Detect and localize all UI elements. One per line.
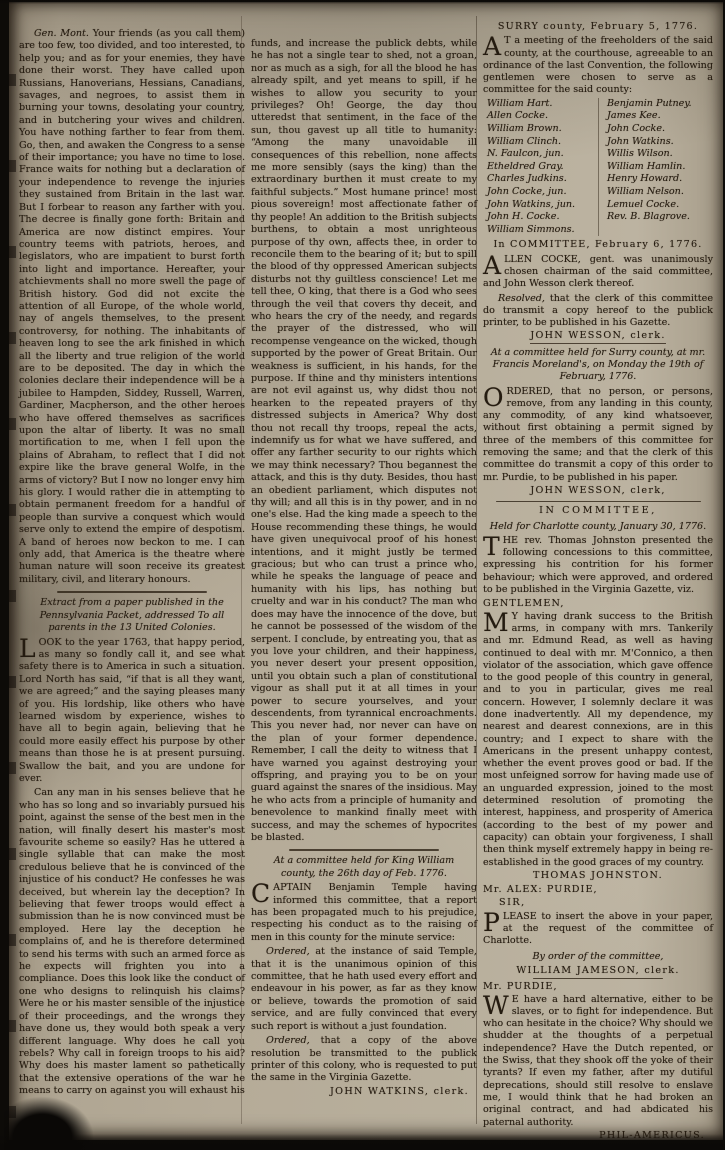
newspaper-page: Gen. Mont. Your friends (as you call the…: [9, 2, 723, 1140]
list-item: N. Faulcon, jun.: [487, 148, 598, 161]
name-list-left: William Hart. Allen Cocke. William Brown…: [483, 98, 598, 237]
drop-cap: O: [483, 386, 507, 408]
drop-cap: L: [19, 637, 39, 659]
newspaper-photo: Gen. Mont. Your friends (as you call the…: [0, 0, 725, 1150]
signature-wesson-1: JOHN WESSON, clerk.: [483, 330, 713, 343]
speaker-label: Gen. Mont.: [34, 28, 89, 39]
section-rule: [533, 978, 663, 979]
purdie-address-2: Mr. PURDIE,: [483, 981, 713, 993]
list-item: Willis Wilson.: [607, 148, 713, 161]
drop-cap: T: [483, 535, 503, 557]
list-item: Etheldred Gray.: [487, 161, 598, 174]
drop-cap: M: [483, 611, 512, 633]
paragraph-ordered-2: Ordered, that a copy of the above resolu…: [251, 1035, 477, 1085]
list-item: Allen Cocke.: [487, 110, 598, 123]
by-order-line: By order of the committee,: [483, 951, 713, 963]
photo-edge-top: [0, 0, 725, 4]
paragraph-allen-cocke: ALLEN COCKE, gent. was unanimously chose…: [483, 254, 713, 291]
list-item: William Clinch.: [487, 136, 598, 149]
signature-jameson: WILLIAM JAMESON, clerk.: [483, 965, 713, 977]
surry-heading: SURRY county, February 5, 1776.: [483, 21, 713, 33]
in-committee-charlotte-heading: IN COMMITTEE,: [483, 505, 713, 517]
gentlemen-salutation: GENTLEMEN,: [483, 598, 713, 610]
committee-name-list: William Hart. Allen Cocke. William Brown…: [483, 98, 713, 237]
paragraph-please-insert: PLEASE to insert the above in your paper…: [483, 911, 713, 948]
paragraph-can-any-man: Can any man in his senses believe that h…: [19, 787, 245, 1097]
surry-committee-heading: At a committee held for Surry county, at…: [489, 347, 707, 384]
paragraph-ordered-1: Ordered, at the instance of said Temple,…: [251, 946, 477, 1033]
drop-cap: P: [483, 911, 503, 933]
list-item: Rev. B. Blagrove.: [607, 211, 713, 224]
list-item: William Hart.: [487, 98, 598, 111]
in-committee-feb6-heading: In COMMITTEE, February 6, 1776.: [483, 239, 713, 251]
column-1: Gen. Mont. Your friends (as you call the…: [19, 28, 245, 1098]
list-item: John Cocke, jun.: [487, 186, 598, 199]
paragraph-we-have: WE have a hard alternative, either to be…: [483, 994, 713, 1129]
paragraph-ordered-surry: ORDERED, that no person, or persons, rem…: [483, 386, 713, 484]
drop-cap: W: [483, 994, 512, 1016]
photo-edge-marks: [9, 0, 16, 1150]
extract-heading: Extract from a paper published in the Pe…: [25, 597, 239, 634]
section-rule: [57, 591, 207, 593]
sir-salutation: SIR,: [483, 897, 713, 909]
list-item: William Brown.: [487, 123, 598, 136]
drop-cap: A: [483, 254, 504, 276]
list-item: Lemuel Cocke.: [607, 199, 713, 212]
charlotte-subheading: Held for Charlotte county, January 30, 1…: [489, 521, 707, 533]
column-2: funds, and increase the publick debts, w…: [251, 38, 477, 1099]
list-item: Charles Judkins.: [487, 173, 598, 186]
list-item: John H. Cocke.: [487, 211, 598, 224]
list-item: Benjamin Putney.: [607, 98, 713, 111]
list-item: Henry Howard.: [607, 173, 713, 186]
list-item: John Watkins.: [607, 136, 713, 149]
paragraph-at-meeting: AT a meeting of the freeholders of the s…: [483, 35, 713, 96]
list-item: John Watkins, jun.: [487, 199, 598, 212]
paragraph-look: LOOK to the year 1763, that happy period…: [19, 637, 245, 786]
section-rule: [496, 501, 701, 502]
paragraph-captain: CAPTAIN Benjamin Temple having informed …: [251, 882, 477, 944]
name-list-right: Benjamin Putney. James Kee. John Cocke. …: [598, 98, 713, 237]
purdie-address: Mr. ALEX: PURDIE,: [483, 884, 713, 896]
list-item: William Nelson.: [607, 186, 713, 199]
paragraph-my-having: MY having drank success to the British a…: [483, 611, 713, 869]
paragraph-gen-mont: Gen. Mont. Your friends (as you call the…: [19, 28, 245, 586]
list-item: John Cocke.: [607, 123, 713, 136]
list-item: William Simmons.: [487, 224, 598, 237]
signature-johnston: THOMAS JOHNSTON.: [483, 870, 713, 882]
king-william-heading: At a committee held for King William cou…: [257, 855, 471, 880]
corner-shadow: [4, 1072, 124, 1150]
paragraph-the-rev: THE rev. Thomas Johnston presented the f…: [483, 535, 713, 596]
column-3: SURRY county, February 5, 1776. AT a mee…: [483, 18, 713, 1140]
section-rule: [289, 849, 439, 851]
paragraph-resolved: Resolved, that the clerk of this committ…: [483, 293, 713, 330]
signature-wesson-2: JOHN WESSON, clerk,: [483, 485, 713, 497]
signature-watkins: JOHN WATKINS, clerk.: [251, 1086, 477, 1098]
list-item: William Hamlin.: [607, 161, 713, 174]
paragraph-funds: funds, and increase the publick debts, w…: [251, 38, 477, 844]
drop-cap: A: [483, 35, 504, 57]
list-item: James Kee.: [607, 110, 713, 123]
drop-cap: C: [251, 882, 273, 904]
